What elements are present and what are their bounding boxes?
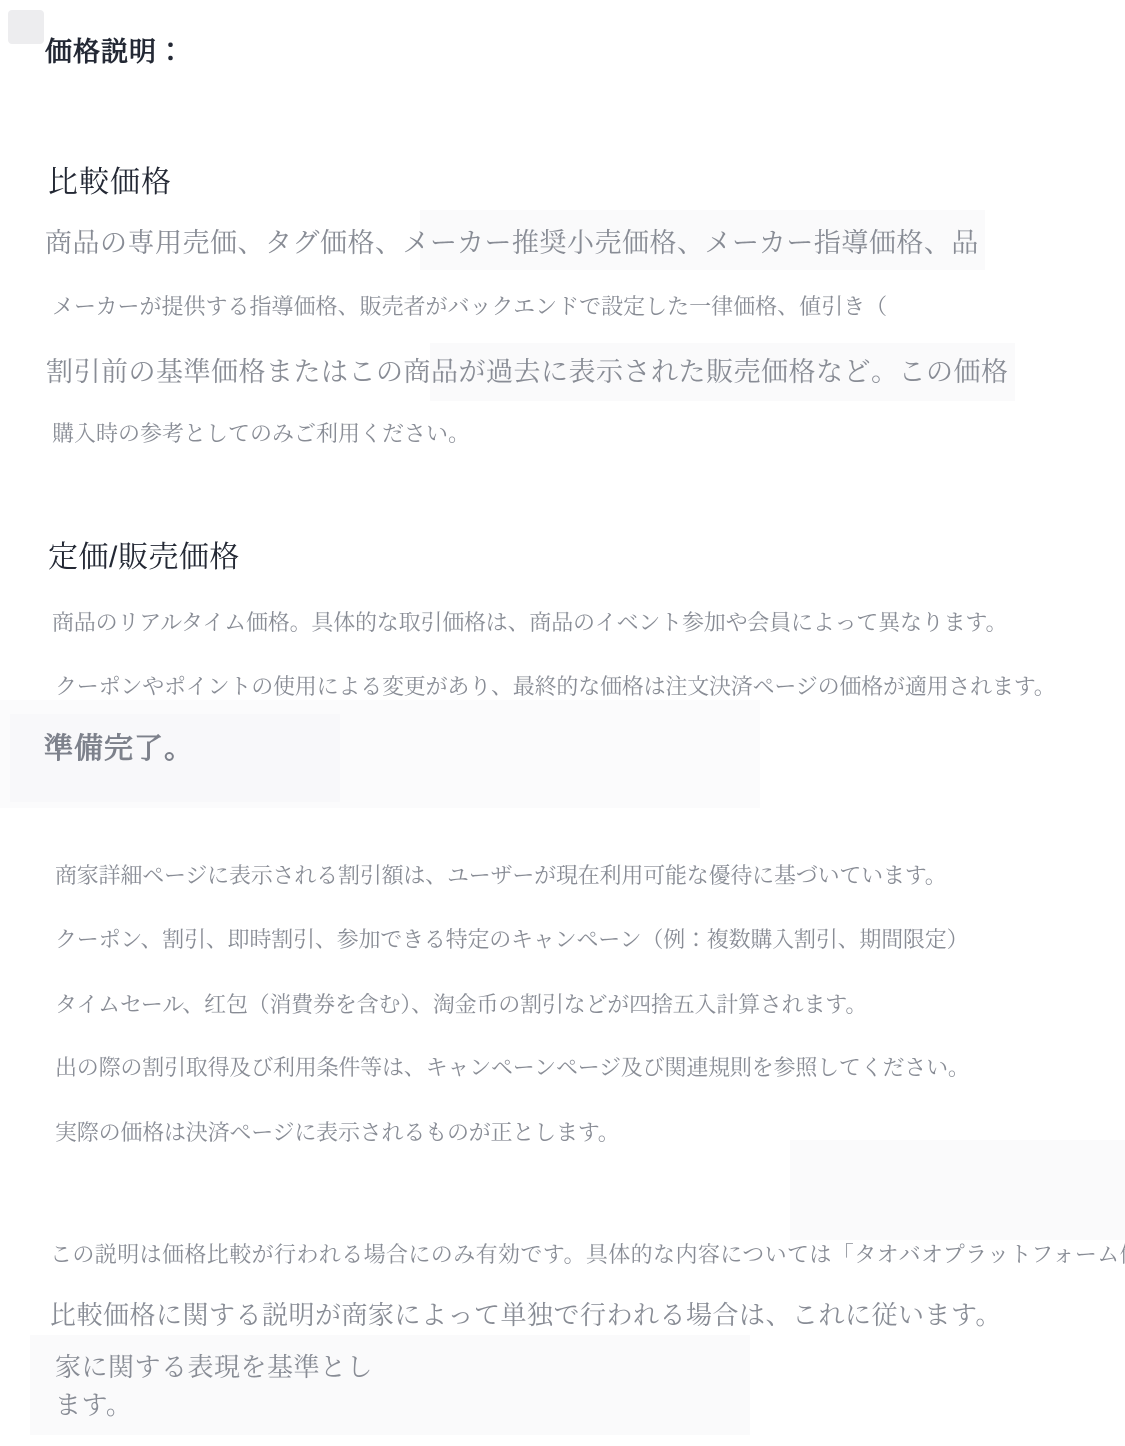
compare-price-line: 商品の専用売価、タグ価格、メーカー推奨小売価格、メーカー指導価格、品 xyxy=(45,227,979,261)
background-patch xyxy=(8,10,44,44)
discount-info-line: タイムセール、红包（消費券を含む）、淘金币の割引などが四捨五入計算されます。 xyxy=(55,991,867,1019)
background-patch xyxy=(790,1140,1125,1240)
section-heading-selling-price: 定価/販売価格 xyxy=(48,539,240,577)
background-patch xyxy=(30,1335,750,1435)
compare-price-line: 割引前の基準価格またはこの商品が過去に表示された販売価格など。この価格 xyxy=(46,356,1009,390)
price-description-page: 価格説明： 比較価格 商品の専用売価、タグ価格、メーカー推奨小売価格、メーカー指… xyxy=(0,0,1125,1446)
page-title: 価格説明： xyxy=(45,36,185,70)
section-heading-compare-price: 比較価格 xyxy=(48,164,172,202)
discount-info-line: 実際の価格は決済ページに表示されるものが正とします。 xyxy=(55,1119,620,1147)
compare-price-line: メーカーが提供する指導価格、販売者がバックエンドで設定した一律価格、値引き（ xyxy=(52,293,887,321)
note-line: 比較価格に関する説明が商家によって単独で行われる場合は、これに従います。 xyxy=(50,1299,1002,1332)
selling-price-line: クーポンやポイントの使用による変更があり、最終的な価格は注文決済ページの価格が適… xyxy=(55,673,1056,701)
note-line: この説明は価格比較が行われる場合にのみ有効です。具体的な内容については「タオバオ… xyxy=(50,1241,1125,1269)
discount-info-line: 商家詳細ページに表示される割引額は、ユーザーが現在利用可能な優待に基づいています… xyxy=(55,862,947,890)
discount-info-line: 出の際の割引取得及び利用条件等は、キャンペーンページ及び関連規則を参照してくださ… xyxy=(55,1054,970,1082)
status-text: 準備完了。 xyxy=(44,731,194,767)
selling-price-line: 商品のリアルタイム価格。具体的な取引価格は、商品のイベント参加や会員によって異な… xyxy=(52,609,1007,637)
note-line: ます。 xyxy=(55,1389,132,1422)
discount-info-line: クーポン、割引、即時割引、参加できる特定のキャンペーン（例：複数購入割引、期間限… xyxy=(55,926,968,954)
note-line: 家に関する表現を基準とし xyxy=(55,1351,373,1384)
compare-price-line: 購入時の参考としてのみご利用ください。 xyxy=(52,420,470,448)
